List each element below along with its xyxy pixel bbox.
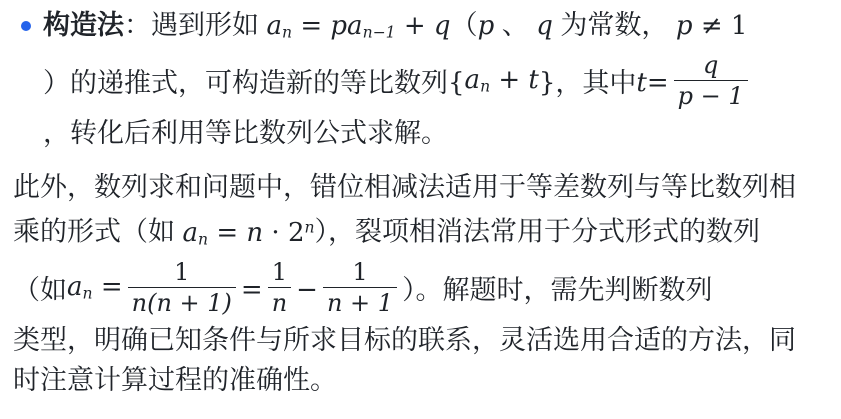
fraction-numerator: 1 bbox=[348, 257, 371, 287]
text-run: ，其中 bbox=[555, 63, 636, 103]
text-run: ）的递推式，可构造新的等比数列 bbox=[43, 63, 448, 103]
bullet-line-2: ）的递推式，可构造新的等比数列 {an + t}，其中t = qp − 1 bbox=[43, 52, 833, 113]
text-run: （如 bbox=[13, 270, 67, 310]
text-run: 乘的形式（如 bbox=[13, 217, 183, 247]
math-operator: ≠ 1 bbox=[693, 11, 748, 41]
text-run: 为常数， bbox=[553, 10, 676, 40]
math-subscript: n bbox=[282, 23, 292, 41]
math-operator: − bbox=[296, 270, 318, 310]
math-subscript: n bbox=[83, 284, 93, 302]
fraction-denominator: n bbox=[268, 287, 291, 318]
bullet-line-1: 构造法：遇到形如 an = pan−1 + q（p 、 q 为常数， p ≠ 1 bbox=[43, 5, 833, 52]
fraction: 1n(n + 1) bbox=[128, 257, 236, 318]
paragraph-line-3: （如 an = 1n(n + 1) = 1n − 1n + 1）。解题时，需先判… bbox=[13, 259, 833, 320]
term-label: 构造法 bbox=[43, 10, 124, 40]
text-run: 、 bbox=[494, 10, 536, 40]
bullet-line-3: ，转化后利用等比数列公式求解。 bbox=[43, 113, 833, 153]
math-variable: an + t bbox=[465, 60, 539, 106]
bullet-icon bbox=[21, 21, 31, 31]
fraction-numerator: q bbox=[699, 50, 722, 80]
text-run: （ bbox=[451, 10, 478, 40]
math-operator: = bbox=[208, 218, 246, 248]
math-variable: an = pan−1 + q bbox=[267, 11, 451, 41]
math-subscript: n bbox=[480, 77, 490, 95]
math-variable: p bbox=[676, 11, 693, 41]
math-superscript: n bbox=[305, 218, 315, 236]
paragraph-line-5: 时注意计算过程的准确性。 bbox=[13, 360, 833, 400]
math-operator: · bbox=[263, 218, 288, 248]
text-run: ：遇到形如 bbox=[124, 10, 267, 40]
paragraph: 此外，数列求和问题中，错位相减法适用于等差数列与等比数列相 乘的形式（如 an … bbox=[13, 167, 833, 400]
text-run: ）。解题时，需先判断数列 bbox=[402, 270, 713, 310]
fraction: 1n bbox=[268, 257, 291, 318]
math-operator: = bbox=[241, 270, 263, 310]
fraction-numerator: 1 bbox=[268, 257, 291, 287]
math-subscript: n−1 bbox=[363, 23, 396, 41]
math-subscript: n bbox=[198, 230, 208, 248]
math-variable: t bbox=[636, 63, 646, 103]
math-number: 2 bbox=[288, 218, 305, 248]
text-run: 类型，明确已知条件与所求目标的联系，灵活选用合适的方法，同 bbox=[13, 325, 796, 355]
fraction-denominator: n(n + 1) bbox=[128, 287, 236, 318]
math-brace-open: { bbox=[448, 63, 465, 103]
math-brace-close: } bbox=[539, 63, 556, 103]
text-run: ，转化后利用等比数列公式求解。 bbox=[43, 118, 448, 148]
fraction-numerator: 1 bbox=[170, 257, 193, 287]
fraction: qp − 1 bbox=[674, 50, 748, 111]
bullet-content: 构造法：遇到形如 an = pan−1 + q（p 、 q 为常数， p ≠ 1… bbox=[43, 5, 833, 153]
text-run: ），裂项相消法常用于分式形式的数列 bbox=[315, 217, 761, 247]
math-operator: = bbox=[647, 63, 669, 103]
math-variable: q bbox=[536, 11, 553, 41]
paragraph-line-2: 乘的形式（如 an = n · 2n），裂项相消法常用于分式形式的数列 bbox=[13, 207, 833, 259]
math-variable: an = n · 2n bbox=[183, 218, 315, 248]
fraction-denominator: n + 1 bbox=[323, 287, 397, 318]
fraction: 1n + 1 bbox=[323, 257, 397, 318]
math-operator: + bbox=[396, 11, 434, 41]
math-variable: p bbox=[478, 11, 495, 41]
text-run: 时注意计算过程的准确性。 bbox=[13, 365, 337, 395]
math-operator: = bbox=[93, 272, 123, 302]
document-page: 构造法：遇到形如 an = pan−1 + q（p 、 q 为常数， p ≠ 1… bbox=[0, 0, 841, 400]
paragraph-line-4: 类型，明确已知条件与所求目标的联系，灵活选用合适的方法，同 bbox=[13, 320, 833, 360]
text-run: 此外，数列求和问题中，错位相减法适用于等差数列与等比数列相 bbox=[13, 172, 796, 202]
paragraph-line-1: 此外，数列求和问题中，错位相减法适用于等差数列与等比数列相 bbox=[13, 167, 833, 207]
math-variable: an = bbox=[67, 267, 123, 313]
bullet-list-item: 构造法：遇到形如 an = pan−1 + q（p 、 q 为常数， p ≠ 1… bbox=[12, 5, 833, 153]
math-operator: = bbox=[292, 11, 330, 41]
fraction-denominator: p − 1 bbox=[674, 80, 748, 111]
